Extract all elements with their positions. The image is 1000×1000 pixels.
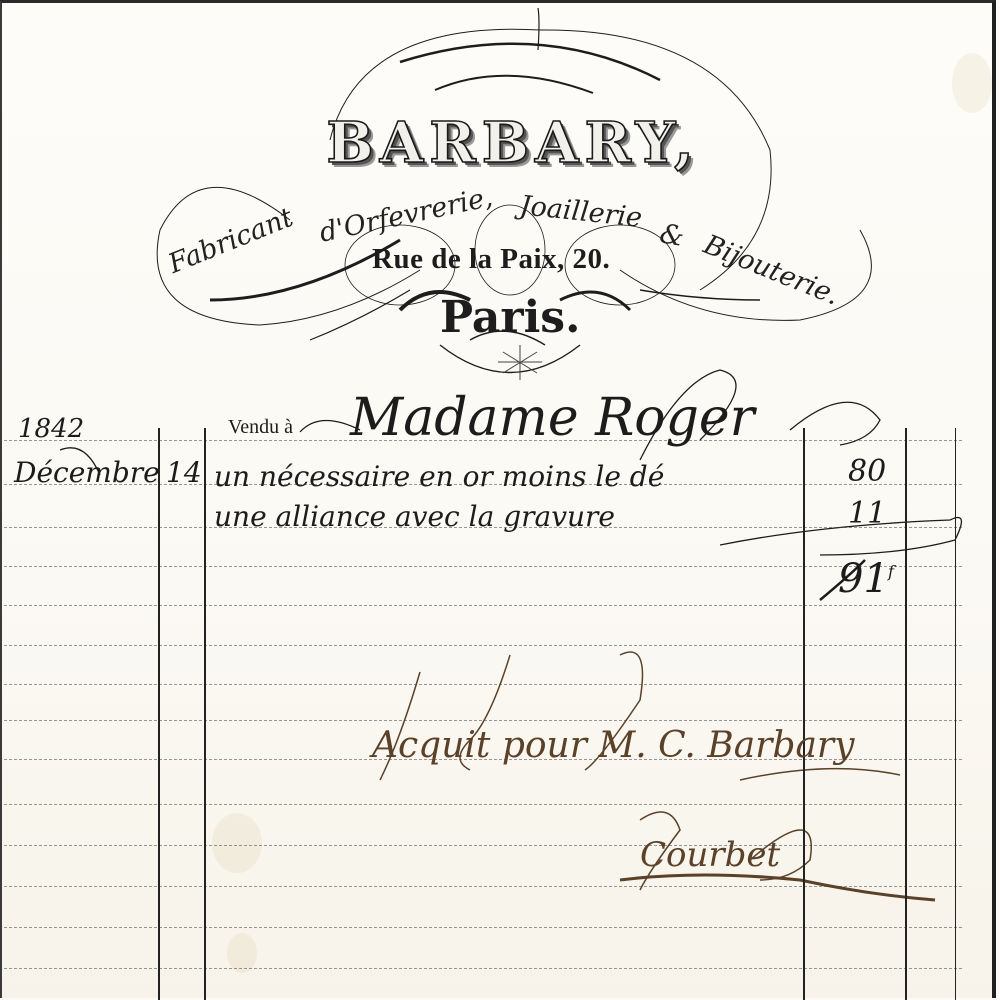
column-divider-margin xyxy=(955,428,956,1000)
ruled-line xyxy=(4,927,962,928)
entry-month: Décembre xyxy=(14,456,160,489)
invoice-total-suffix: f xyxy=(888,562,894,581)
entry-day: 14 xyxy=(166,456,202,489)
ruled-line xyxy=(4,720,962,721)
ruled-line xyxy=(4,886,962,887)
ruled-line xyxy=(4,645,962,646)
item-description: une alliance avec la gravure xyxy=(214,500,615,533)
ruled-line xyxy=(4,968,962,969)
entry-year: 1842 xyxy=(18,414,84,444)
ruled-line xyxy=(4,845,962,846)
item-description: un nécessaire en or moins le dé xyxy=(214,460,664,493)
item-amount: 80 xyxy=(848,454,886,489)
item-amount: 11 xyxy=(848,496,886,531)
ruled-line xyxy=(4,684,962,685)
column-divider-description xyxy=(204,428,206,1000)
ruled-line xyxy=(4,566,962,567)
column-divider-day xyxy=(158,428,160,1000)
ruled-line xyxy=(4,605,962,606)
customer-name: Madame Roger xyxy=(350,388,755,448)
ruled-line xyxy=(4,804,962,805)
column-divider-amount xyxy=(803,428,805,1000)
invoice-total: 91 xyxy=(838,556,889,602)
receipt-acknowledgement: Acquit pour M. C. Barbary xyxy=(372,725,854,766)
sold-to-label: Vendu à xyxy=(228,416,293,439)
receipt-signature: Courbet xyxy=(640,835,780,875)
column-divider-cents xyxy=(905,428,907,1000)
